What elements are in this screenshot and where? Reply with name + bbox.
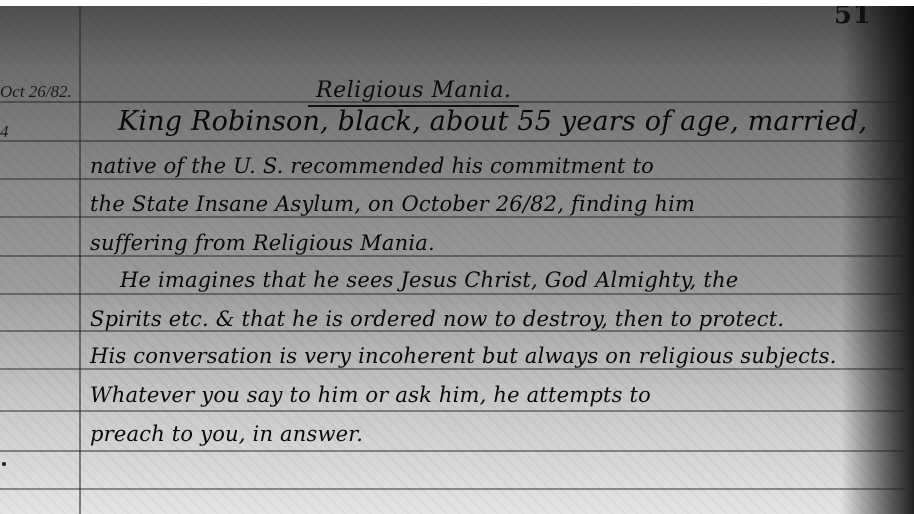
ruled-line bbox=[0, 450, 905, 452]
margin-entry-number: 4 bbox=[0, 122, 9, 142]
ruled-line bbox=[0, 140, 905, 142]
ruled-line bbox=[0, 488, 905, 490]
ledger-page: 51 Oct 26/82. 4 Religious Mania. King Ro… bbox=[0, 6, 914, 514]
margin-line bbox=[79, 6, 81, 514]
ruled-line bbox=[0, 255, 905, 257]
ruled-line bbox=[0, 368, 905, 370]
text-line-2: native of the U. S. recommended his comm… bbox=[90, 154, 654, 178]
text-line-7: His conversation is very incoherent but … bbox=[90, 344, 837, 368]
entry-heading: Religious Mania. bbox=[308, 78, 519, 107]
text-line-1: King Robinson, black, about 55 years of … bbox=[118, 106, 867, 137]
margin-date: Oct 26/82. bbox=[0, 82, 72, 102]
text-line-9: preach to you, in answer. bbox=[90, 422, 363, 446]
text-line-5: He imagines that he sees Jesus Christ, G… bbox=[120, 268, 738, 292]
ruled-line bbox=[0, 216, 905, 218]
text-line-8: Whatever you say to him or ask him, he a… bbox=[90, 383, 651, 407]
ink-dot bbox=[2, 462, 6, 466]
ruled-line bbox=[0, 178, 905, 180]
ruled-line bbox=[0, 293, 905, 295]
ruled-line bbox=[0, 410, 905, 412]
page-number: 51 bbox=[834, 6, 872, 30]
text-line-3: the State Insane Asylum, on October 26/8… bbox=[90, 192, 695, 216]
text-line-4: suffering from Religious Mania. bbox=[90, 231, 435, 255]
text-line-6: Spirits etc. & that he is ordered now to… bbox=[90, 307, 784, 331]
